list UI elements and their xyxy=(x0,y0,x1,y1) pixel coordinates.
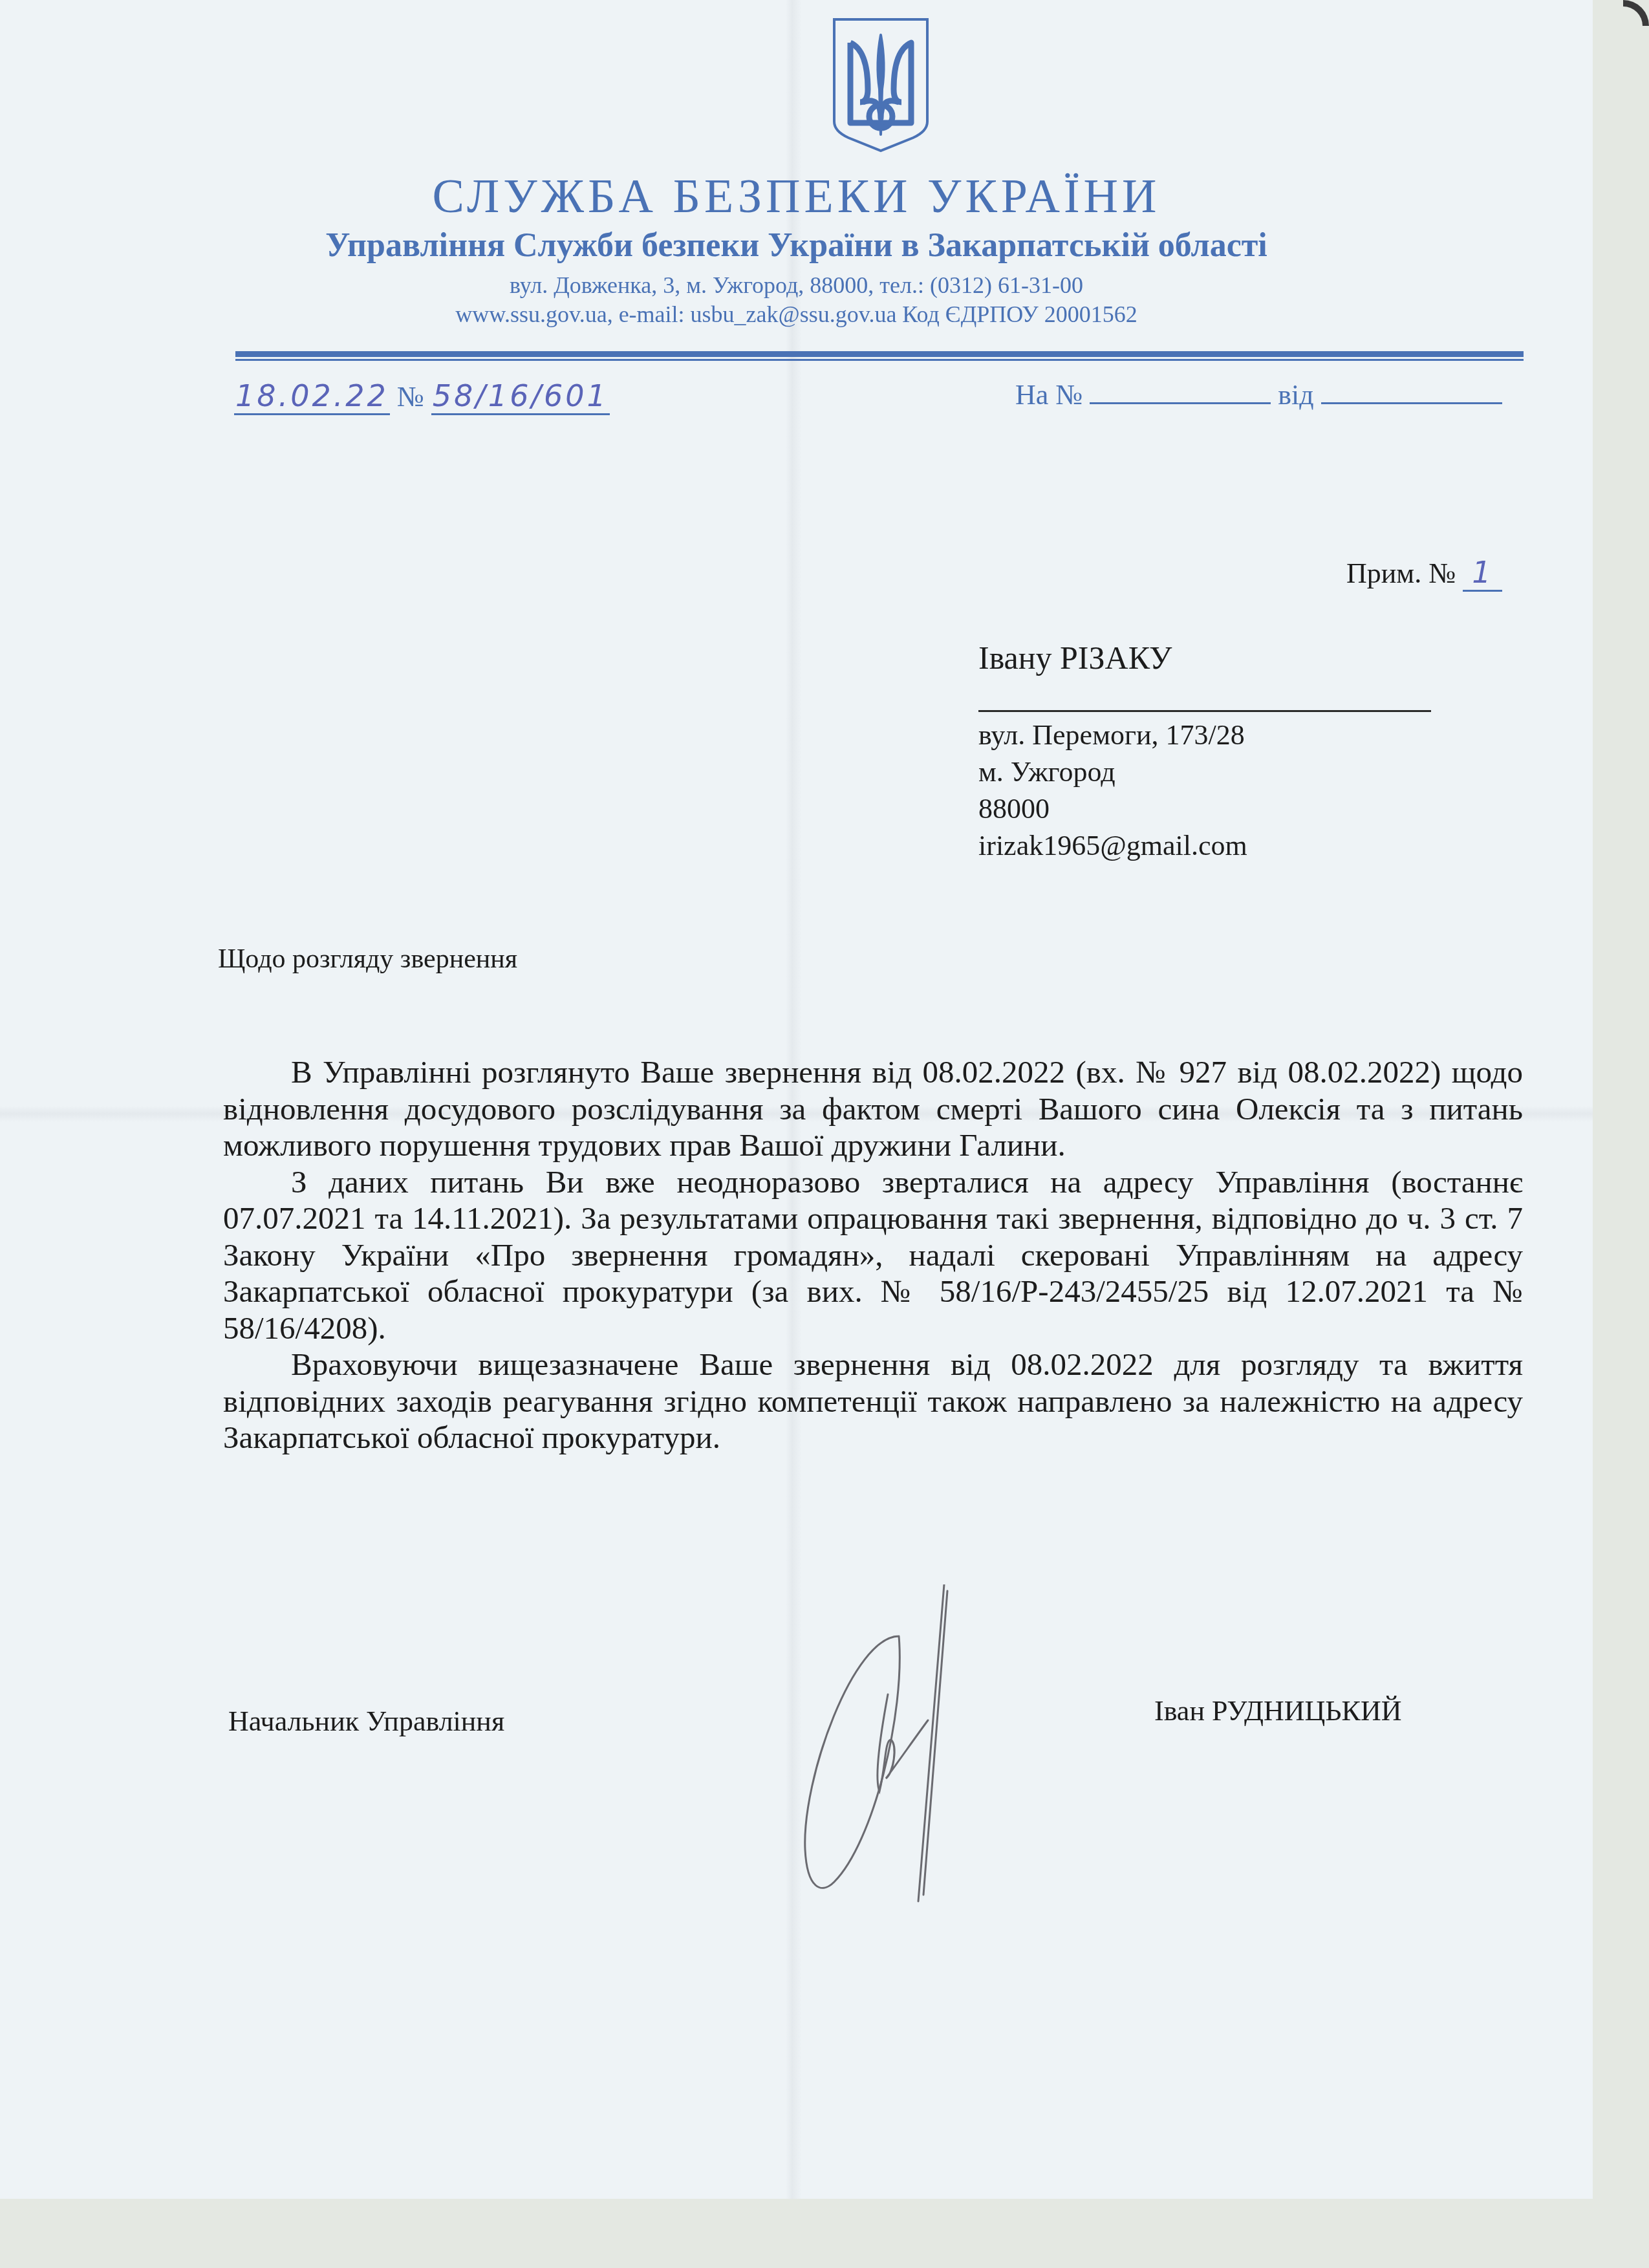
agency-name: СЛУЖБА БЕЗПЕКИ УКРАЇНИ xyxy=(0,169,1593,224)
agency-contacts: www.ssu.gov.ua, e-mail: usbu_zak@ssu.gov… xyxy=(0,301,1593,328)
signatory-position: Начальник Управління xyxy=(228,1707,504,1736)
body-paragraph: В Управлінні розглянуто Ваше звернення в… xyxy=(223,1054,1523,1164)
recipient-name: Івану РІЗАКУ xyxy=(978,642,1172,674)
copy-mark-value: 1 xyxy=(1463,555,1502,592)
scan-corner xyxy=(1623,0,1649,26)
copy-mark-label: Прим. № xyxy=(1346,557,1456,589)
letter-body: В Управлінні розглянуто Ваше звернення в… xyxy=(223,1054,1523,1456)
outgoing-reference: 18.02.22 № 58/16/601 xyxy=(234,378,610,413)
letter-page: СЛУЖБА БЕЗПЕКИ УКРАЇНИ Управління Служби… xyxy=(0,0,1593,2199)
recipient-email: irizak1965@gmail.com xyxy=(978,832,1247,860)
agency-address: вул. Довженка, 3, м. Ужгород, 88000, тел… xyxy=(0,272,1593,299)
incoming-from-label: від xyxy=(1278,379,1313,411)
body-paragraph: З даних питань Ви вже неодноразово зверт… xyxy=(223,1164,1523,1347)
body-paragraph: Враховуючи вищезазначене Ваше звернення … xyxy=(223,1346,1523,1456)
letterhead-divider-thick xyxy=(235,351,1524,357)
incoming-number-blank xyxy=(1090,379,1271,404)
incoming-date-blank xyxy=(1321,379,1502,404)
recipient-postcode: 88000 xyxy=(978,795,1050,823)
outgoing-date: 18.02.22 xyxy=(234,378,390,415)
letterhead-divider-thin xyxy=(235,359,1524,361)
recipient-divider xyxy=(978,710,1431,712)
incoming-number-label: На № xyxy=(1015,379,1083,411)
department-name: Управління Служби безпеки України в Зака… xyxy=(0,226,1593,265)
trident-coat-of-arms-icon xyxy=(829,12,932,154)
recipient-city: м. Ужгород xyxy=(978,758,1115,786)
signatory-name: Іван РУДНИЦЬКИЙ xyxy=(1154,1697,1402,1725)
handwritten-signature-icon xyxy=(724,1584,1086,1921)
number-sign: № xyxy=(397,381,424,413)
copy-mark: Прим. № 1 xyxy=(1346,557,1502,588)
incoming-reference: На № від xyxy=(1015,378,1502,411)
recipient-street: вул. Перемоги, 173/28 xyxy=(978,721,1245,750)
outgoing-number: 58/16/601 xyxy=(431,378,610,415)
letter-subject: Щодо розгляду звернення xyxy=(218,945,517,973)
